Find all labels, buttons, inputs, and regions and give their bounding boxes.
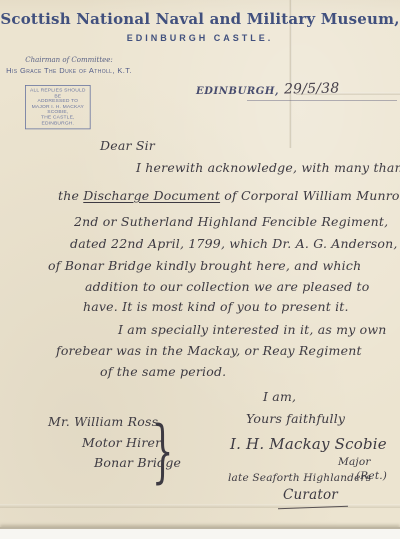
body-line-2-post: of Corporal William Munro, (220, 188, 400, 203)
scan-paper-edge (0, 527, 400, 539)
letterhead-title: Scottish National Naval and Military Mus… (0, 10, 400, 28)
letterhead-location: EDINBURGH CASTLE. (0, 33, 400, 43)
date-rule-line (247, 99, 397, 101)
signature-regiment: late Seaforth Highlanders (228, 472, 371, 484)
reply-notice-box: ALL REPLIES SHOULD BE ADDRESSED TO MAJOR… (25, 85, 91, 129)
body-line-2: the Discharge Document of Corporal Willi… (58, 188, 400, 203)
underlined-phrase: Discharge Document (83, 188, 220, 203)
recipient-name: Mr. William Ross (48, 414, 158, 429)
signature-retired: (Ret.) (356, 470, 387, 482)
notice-line: EDINBURGH. (27, 121, 89, 126)
body-line-8: I am specially interested in it, as my o… (118, 322, 387, 337)
body-line-4: dated 22nd April, 1799, which Dr. A. G. … (70, 236, 398, 251)
recipient-occupation: Motor Hirer (82, 435, 161, 450)
body-line-10: of the same period. (100, 364, 226, 379)
body-line-3: 2nd or Sutherland Highland Fencible Regi… (74, 214, 388, 229)
body-line-6: addition to our collection we are please… (85, 279, 369, 294)
letter-paper: Scottish National Naval and Military Mus… (0, 0, 400, 539)
chairman-label: Chairman of Committee: (4, 56, 134, 64)
body-line-9: forebear was in the Mackay, or Reay Regi… (56, 343, 362, 358)
signature-rank: Major (338, 456, 371, 468)
closing-i-am: I am, (263, 389, 296, 404)
signature: I. H. Mackay Scobie (230, 435, 387, 453)
notice-line: MAJOR I. H. MACKAY SCOBIE, (27, 105, 89, 116)
place-label: EDINBURGH, (196, 86, 279, 97)
body-line-2-pre: the (58, 188, 83, 203)
body-line-5: of Bonar Bridge kindly brought here, and… (48, 258, 361, 273)
signature-role: Curator (283, 487, 338, 503)
chairman-name: His Grace The Duke of Atholl, K.T. (4, 66, 134, 75)
body-line-1: I herewith acknowledge, with many thanks… (136, 160, 400, 175)
body-line-7: have. It is most kind of you to present … (83, 299, 349, 314)
recipient-brace: } (152, 410, 173, 492)
handwritten-date: 29/5/38 (284, 81, 340, 98)
salutation: Dear Sir (100, 138, 155, 153)
chairman-block: Chairman of Committee: His Grace The Duk… (4, 56, 134, 75)
valediction: Yours faithfully (246, 411, 345, 426)
notice-line: ALL REPLIES SHOULD BE (27, 88, 89, 99)
